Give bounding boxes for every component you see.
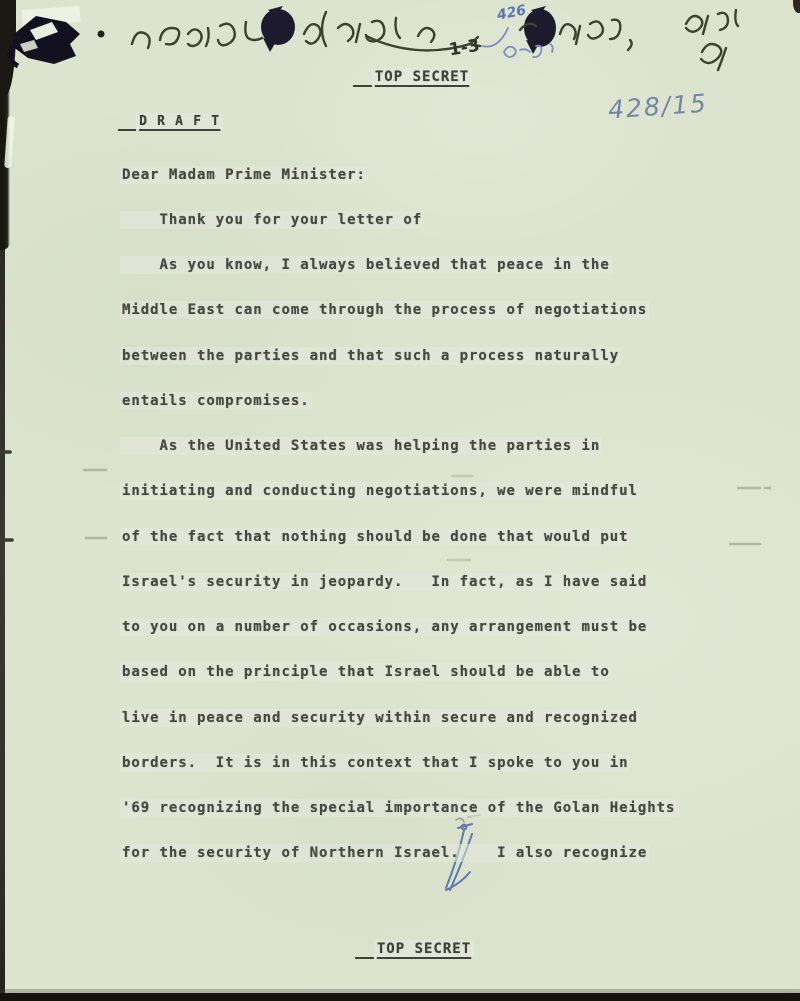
staple-icon [10, 6, 105, 66]
draft-label-text: D R A F T [136, 113, 223, 130]
typed-line: Middle East can come through the process… [120, 288, 740, 333]
typed-line: of the fact that nothing should be done … [120, 514, 740, 559]
typed-line: '69 recognizing the special importance o… [120, 786, 740, 831]
typed-line-text: '69 recognizing the special importance o… [120, 799, 677, 817]
typed-line-text: initiating and conducting negotiations, … [120, 482, 640, 500]
typed-line-text: Middle East can come through the process… [120, 301, 649, 319]
typed-line: between the parties and that such a proc… [120, 333, 740, 378]
typed-line-text: between the parties and that such a proc… [120, 347, 621, 365]
typed-line: As the United States was helping the par… [120, 424, 740, 469]
typed-line-text: Thank you for your letter of [120, 211, 424, 229]
typed-line: for the security of Northern Israel. I a… [120, 831, 740, 876]
typed-line: initiating and conducting negotiations, … [120, 469, 740, 514]
typed-line-text: of the fact that nothing should be done … [120, 528, 630, 546]
scan-nick-top-right [793, 0, 800, 13]
typed-line-text: borders. It is in this context that I sp… [120, 754, 630, 772]
typed-line: to you on a number of occasions, any arr… [120, 605, 740, 650]
ink-blot-icon [261, 6, 295, 52]
hebrew-handwriting-icon [686, 10, 738, 70]
typed-line: Israel's security in jeopardy. In fact, … [120, 559, 740, 604]
typed-line-text: entails compromises. [120, 392, 312, 410]
typed-line: based on the principle that Israel shoul… [120, 650, 740, 695]
typed-line: borders. It is in this context that I sp… [120, 740, 740, 785]
typed-line-text: Israel's security in jeopardy. In fact, … [120, 573, 649, 591]
classification-text: TOP SECRET [374, 940, 474, 958]
typed-line: As you know, I always believed that peac… [120, 243, 740, 288]
scan-edge-bottom [0, 993, 800, 1001]
typed-line-text: based on the principle that Israel shoul… [120, 663, 612, 681]
typed-line: Dear Madam Prime Minister: [120, 152, 740, 197]
handwritten-page-ref: 1-3 [448, 36, 481, 61]
blue-scribble-icon [482, 28, 553, 57]
typed-line-text: As the United States was helping the par… [120, 437, 602, 455]
classification-text: TOP SECRET [372, 68, 472, 86]
hebrew-handwriting-icon [132, 12, 632, 50]
typed-line-text: to you on a number of occasions, any arr… [120, 618, 649, 636]
draft-label: D R A F T [118, 99, 223, 129]
typed-line-text: Dear Madam Prime Minister: [120, 166, 368, 184]
typed-line-text: for the security of Northern Israel. I a… [120, 844, 649, 862]
handwritten-file-number: 428/15 [607, 89, 709, 125]
ink-blot-icon [524, 6, 556, 54]
classification-banner-bottom: TOP SECRET [355, 925, 474, 957]
ink-dot-icon [98, 31, 105, 38]
typed-line-text: live in peace and security within secure… [120, 709, 640, 727]
handwritten-blue-number: 426 [496, 2, 528, 23]
scan-corner-top-left [0, 0, 16, 96]
typed-line: Thank you for your letter of [120, 197, 740, 242]
typed-line: entails compromises. [120, 378, 740, 423]
typed-line-text: As you know, I always believed that peac… [120, 256, 612, 274]
letter-body: Dear Madam Prime Minister: Thank you for… [120, 152, 740, 876]
typed-line: live in peace and security within secure… [120, 695, 740, 740]
